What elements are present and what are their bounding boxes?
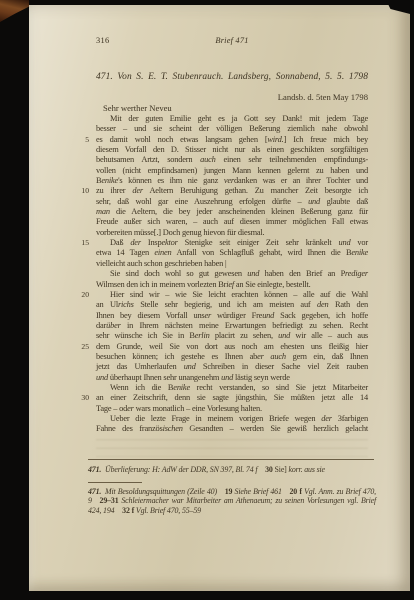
line-number: 25	[69, 342, 89, 352]
apparatus-segment	[114, 506, 122, 515]
apparatus-segment: 471.	[88, 465, 101, 474]
apparatus-segment: Sie]	[273, 465, 289, 474]
text-line: diesem Vorfall den D. Stisser nicht nur …	[96, 145, 368, 155]
text-line: dem Grunde, weil Sie von dort aus noch a…	[96, 342, 368, 352]
text-line: und überhaupt Ihnen sehr unangenehm und …	[96, 373, 368, 383]
apparatus-segment: 471.	[88, 487, 101, 496]
reverse-page-bleedthrough	[96, 439, 368, 457]
text-line: Ihnen bey diesem Vorfall unser würdiger …	[96, 311, 368, 321]
text-line: behutsamen Artzt, sondern auch einen seh…	[96, 155, 368, 165]
text-line: Sie sind doch wohl so gut gewesen und ha…	[96, 269, 368, 279]
text-line: es damit wohl noch etwas langsam gehen […	[96, 135, 368, 145]
line-number: 20	[69, 290, 89, 300]
text-line: Fahne des französischen Gesandten – werd…	[96, 424, 368, 434]
line-number: 30	[69, 393, 89, 403]
apparatus-segment	[92, 496, 100, 505]
apparatus-segment: Überlieferung: H: AdW der DDR, SN 397, B…	[105, 465, 257, 474]
text-line: sehr, daß wohl gar eine Auszehrung erfol…	[96, 197, 368, 207]
commentary-rule	[88, 482, 142, 483]
apparatus-segment	[257, 465, 265, 474]
letter-salutation: Sehr werther Neveu	[103, 103, 172, 113]
text-line: Daß der Inspektor Stenigke seit einiger …	[96, 238, 368, 248]
apparatus-segment	[282, 487, 290, 496]
apparatus-segment: Vgl. Brief 470, 55–59	[136, 506, 201, 515]
apparatus-segment: Siehe Brief 461	[235, 487, 282, 496]
apparatus-segment: 29–31	[100, 496, 119, 505]
text-line: sehr wünsche ich Sie in Berlin placirt z…	[96, 331, 368, 341]
text-line: vorbereiten müsse[.] Doch genug hievon f…	[96, 228, 368, 238]
text-line: man die Aeltern, die bey jeder anscheine…	[96, 207, 368, 217]
line-number: 10	[69, 186, 89, 196]
page-number: 316	[96, 36, 109, 45]
text-line: etwa 14 Tagen einen Anfall von Schlagflu…	[96, 248, 368, 258]
apparatus-rule	[88, 459, 374, 460]
text-line: Freude außer sich waren, – auch auf dies…	[96, 217, 368, 227]
text-line: an Ulrichs Stelle sehr begierig, und ich…	[96, 300, 368, 310]
text-line: jetzt das Umherlaufen und Schreiben in d…	[96, 362, 368, 372]
book-spine-edge	[0, 0, 29, 22]
apparatus-segment: Mit Besoldungsquittungen (Zeile 40)	[105, 487, 217, 496]
book-page: 316 Brief 471 471. Von S. E. T. Stubenra…	[29, 5, 410, 591]
line-number: 5	[69, 135, 89, 145]
text-line: Mit der guten Emilie geht es ja Gott sey…	[96, 114, 368, 124]
text-line: besuchen können; ich gestehe es Ihnen ab…	[96, 352, 368, 362]
text-line: Benike's können es ihm nie ganz verdanke…	[96, 176, 368, 186]
apparatus-transmission: 471. Überlieferung: H: AdW der DDR, SN 3…	[88, 465, 384, 475]
text-line: vielleicht auch schon geschrieben haben …	[96, 259, 368, 269]
text-line: vollen (nicht empfindsamen) jungen Mann …	[96, 166, 368, 176]
text-line: Ueber die lezte Frage in meinem vorigen …	[96, 414, 368, 424]
text-line: Tage – oder wars monatlich – eine Vorles…	[96, 404, 368, 414]
letter-body: Mit der guten Emilie geht es ja Gott sey…	[96, 114, 368, 435]
text-line: besser – und sie scheint der völligen Be…	[96, 124, 368, 134]
apparatus-segment: 30	[265, 465, 273, 474]
apparatus-segment: korr. aus sie	[288, 465, 324, 474]
line-number: 15	[69, 238, 89, 248]
page-header: 316 Brief 471	[96, 36, 368, 47]
screenshot-root: { "colors": { "surround": "#0b0a09", "pa…	[0, 0, 414, 600]
letter-dateline: Landsb. d. 5ten May 1798	[96, 92, 368, 102]
text-line: Wilmsen den ich in meinem vorlezten Brie…	[96, 280, 368, 290]
text-line: an einer Zeitschrift, denn sie sagte jün…	[96, 393, 368, 403]
apparatus-segment	[217, 487, 225, 496]
running-title: Brief 471	[96, 36, 368, 45]
apparatus-commentary: 471. Mit Besoldungsquittungen (Zeile 40)…	[88, 487, 376, 515]
text-line: darüber in Ihrem nächsten meine Erwartun…	[96, 321, 368, 331]
text-line: Wenn ich die Benike recht verstanden, so…	[96, 383, 368, 393]
text-line: Hier sind wir – wie Sie leicht erachten …	[96, 290, 368, 300]
letter-heading: 471. Von S. E. T. Stubenrauch. Landsberg…	[96, 71, 368, 83]
text-line: zu ihrer der Aeltern Beruhigung gethan. …	[96, 186, 368, 196]
apparatus-segment: 20 f	[290, 487, 302, 496]
apparatus-segment: 32 f	[122, 506, 134, 515]
